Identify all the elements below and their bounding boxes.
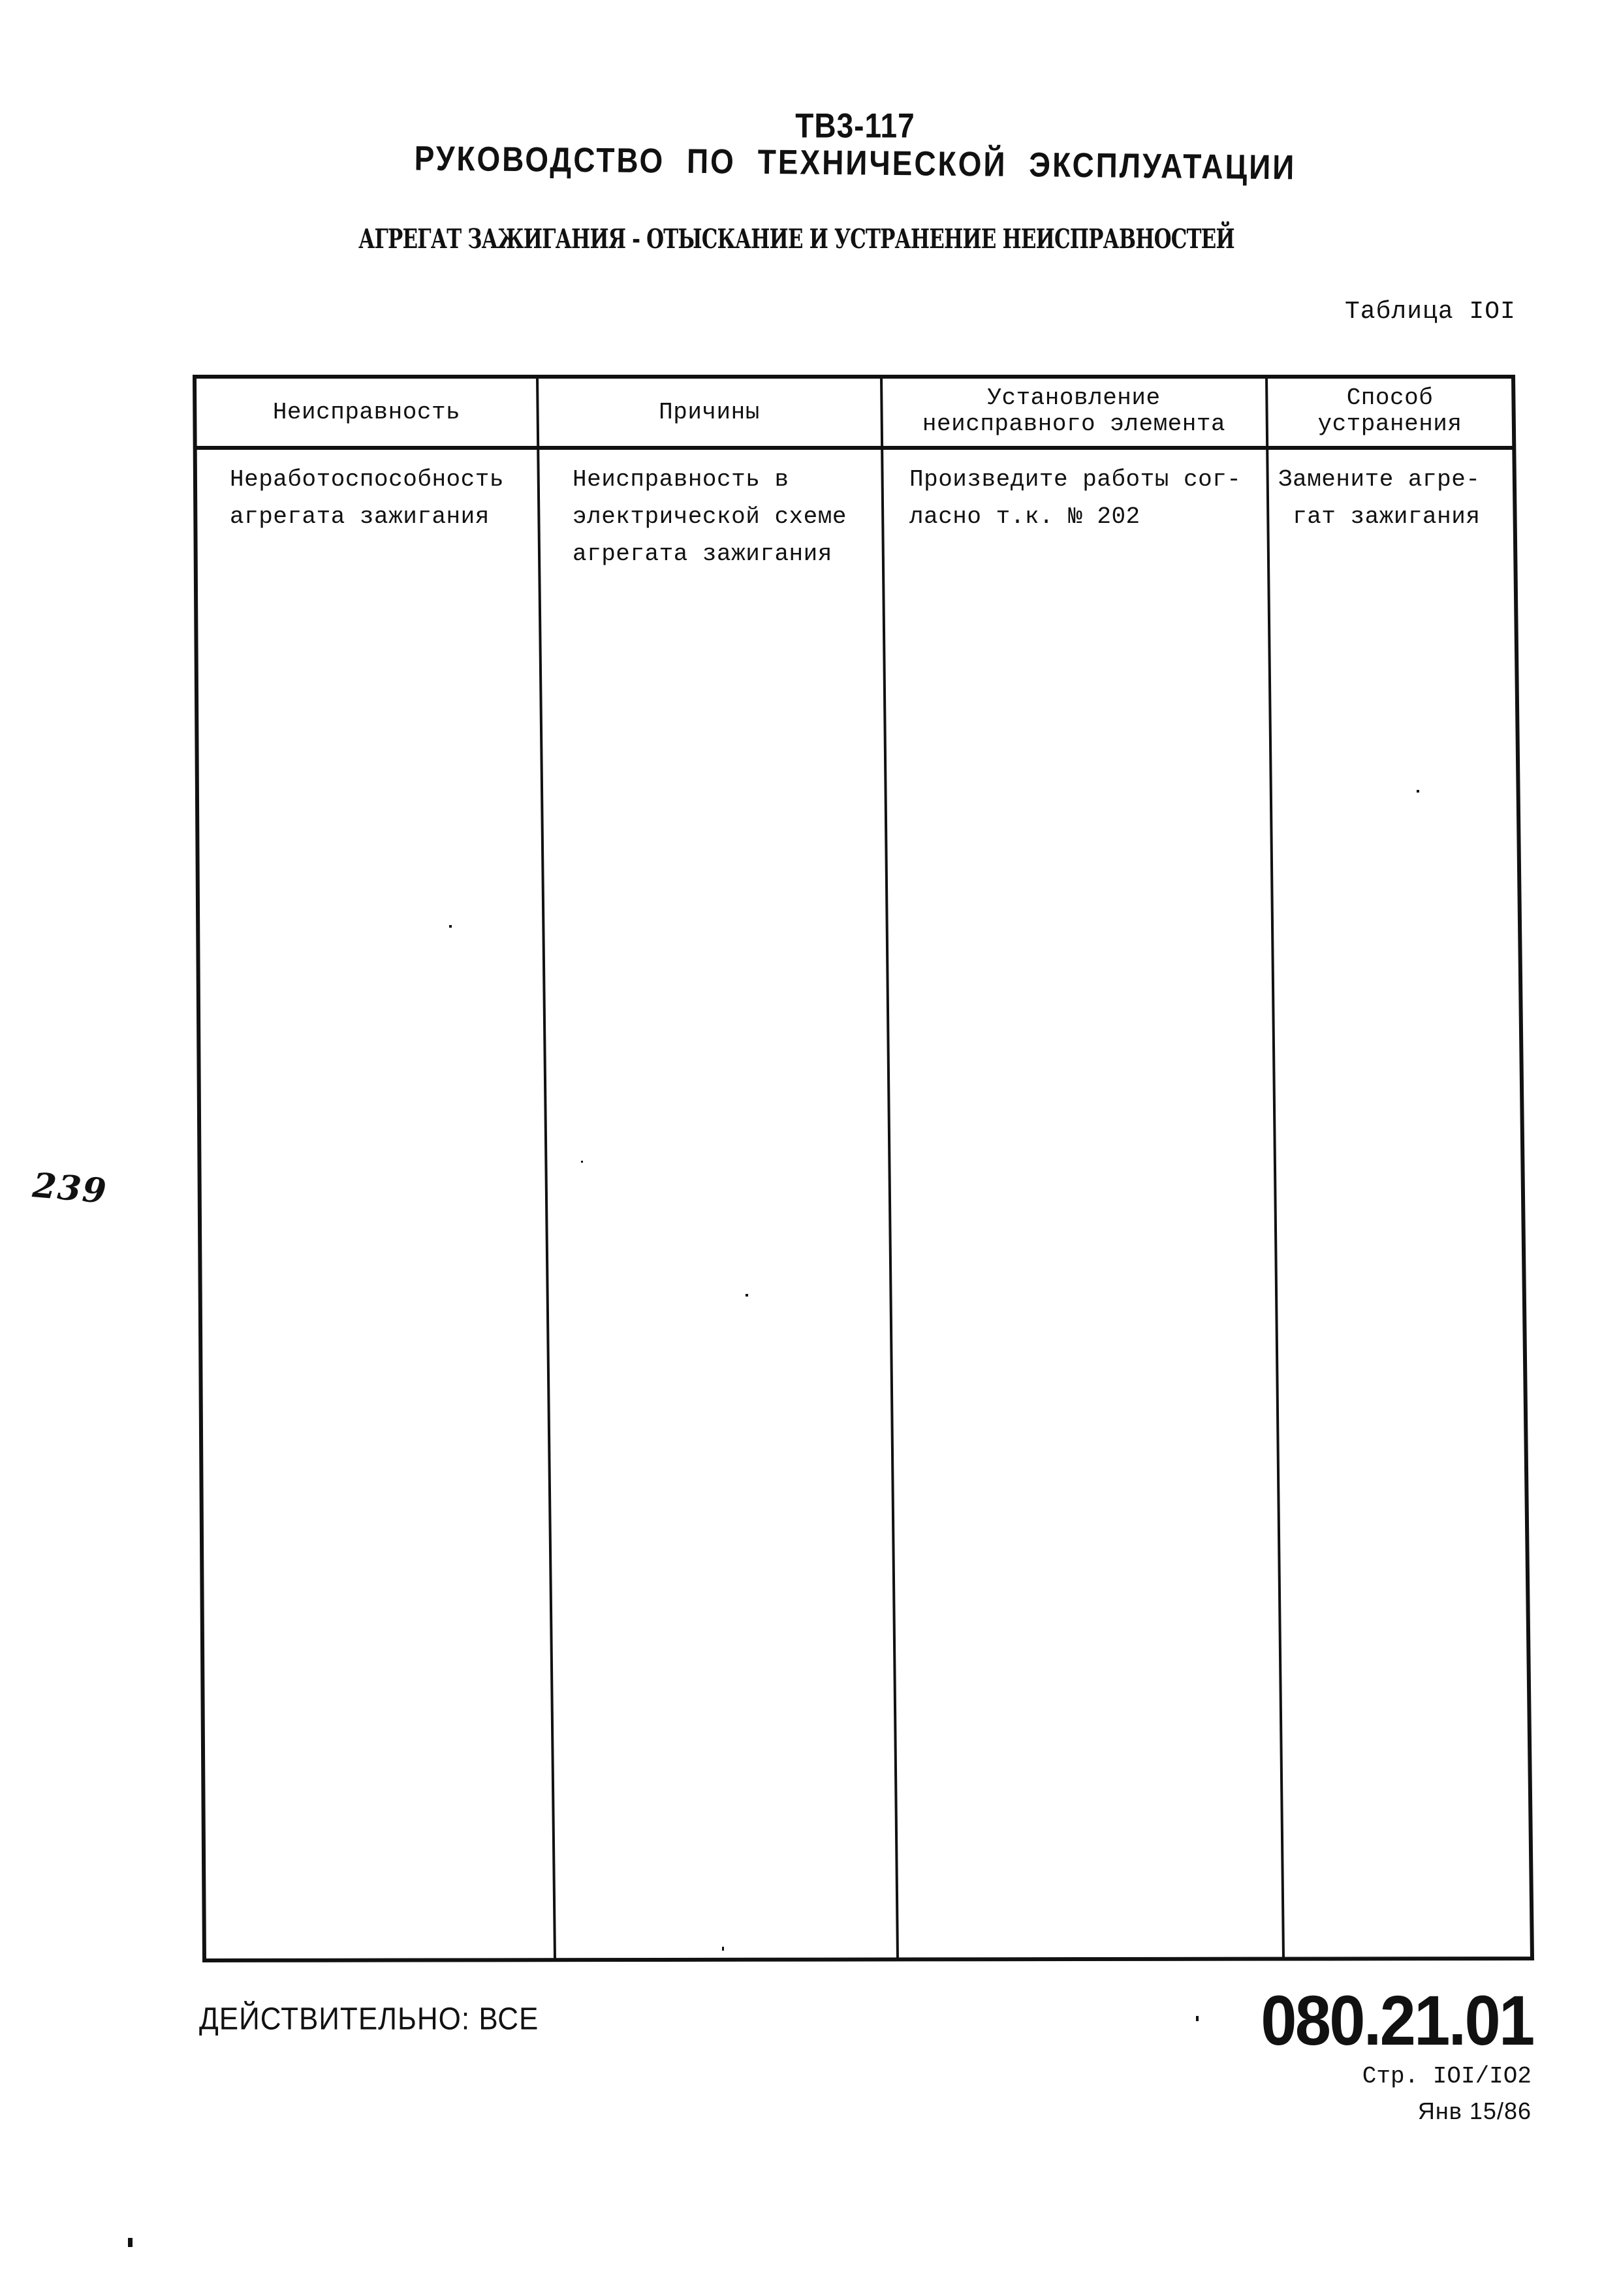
column-header-fault-isolation: Установление неисправного элемента (881, 385, 1266, 437)
cell-fault-isolation: Произведите работы сог- ласно т.к. № 202 (909, 461, 1241, 535)
validity-note: ДЕЙСТВИТЕЛЬНО: ВСЕ (199, 2002, 539, 2037)
scan-speck (722, 1947, 724, 1951)
revision-date: Янв 15/86 (1418, 2098, 1532, 2125)
column-header-fault: Неисправность (196, 400, 537, 426)
scan-speck (581, 1161, 583, 1163)
column-header-causes: Причины (537, 400, 881, 426)
cell-cause: Неисправность в электрической схеме агре… (573, 461, 847, 573)
document-code: 080.21.01 (1261, 1979, 1533, 2061)
scan-speck (1417, 790, 1419, 793)
scan-speck (449, 925, 452, 928)
column-header-remedy: Способ устранения (1266, 385, 1513, 437)
handwritten-page-number: 239 (31, 1165, 109, 1212)
cell-fault: Неработоспособность агрегата зажигания (230, 461, 504, 535)
page-reference: Стр. IOI/IO2 (1362, 2063, 1532, 2090)
scan-speck (746, 1294, 748, 1297)
scan-speck (1196, 2016, 1199, 2021)
scan-speck (128, 2238, 133, 2247)
cell-remedy: Замените агре- гат зажигания (1278, 461, 1480, 535)
troubleshooting-table-grid (0, 0, 1619, 2296)
